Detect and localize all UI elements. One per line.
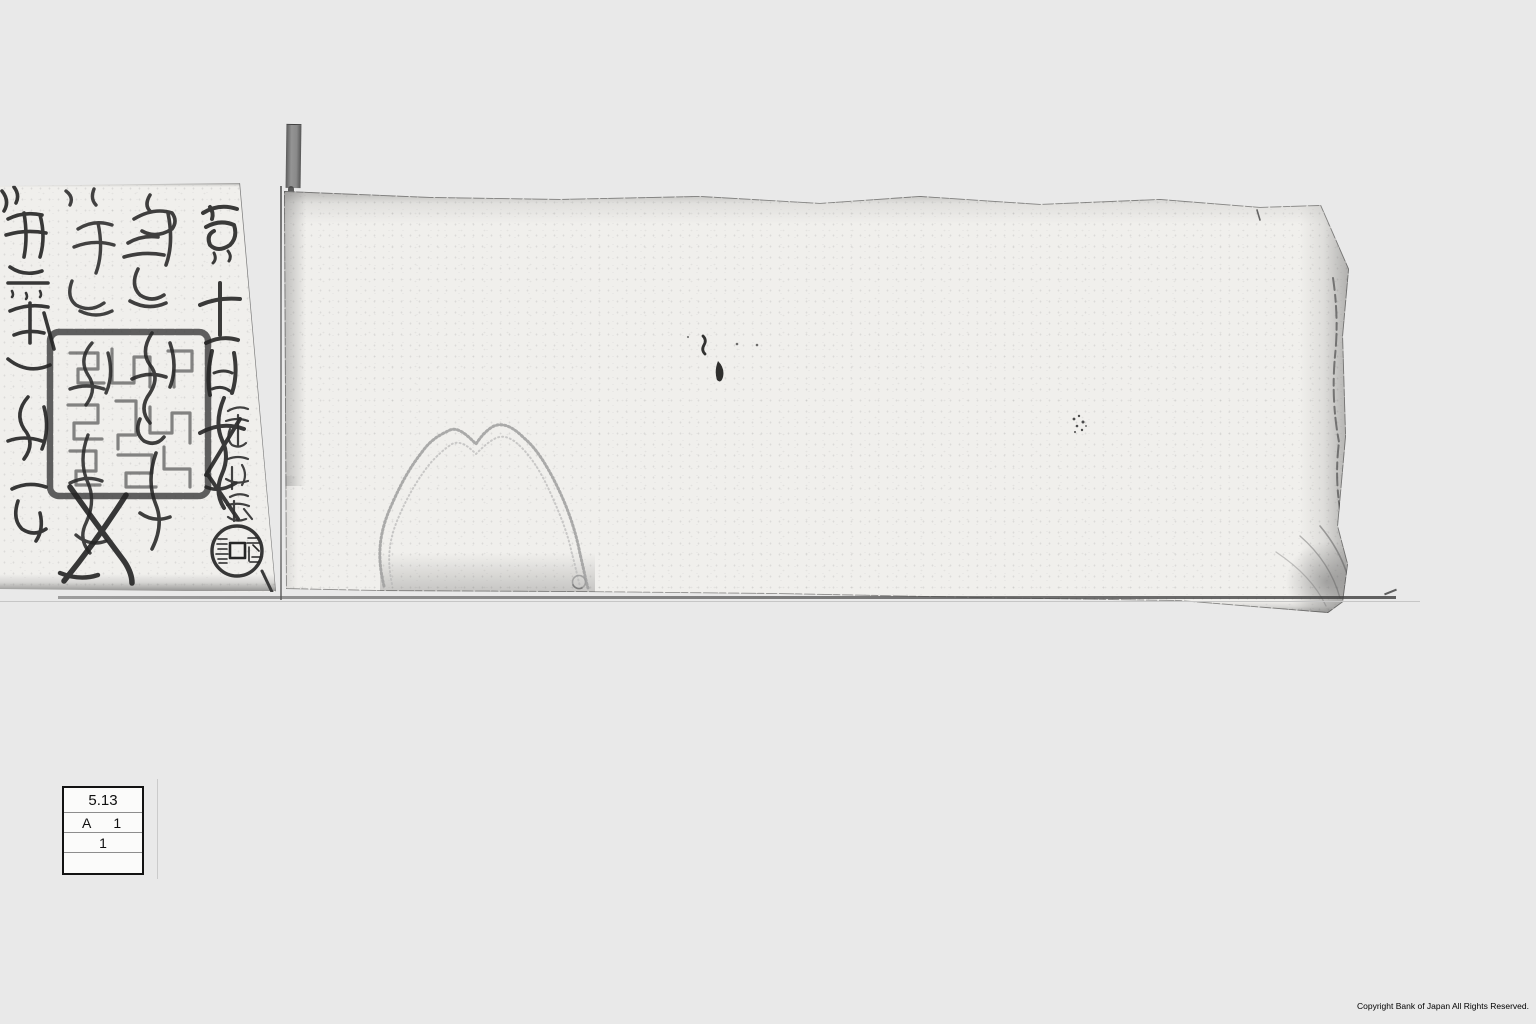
calligraphy-column-4: [2, 187, 132, 583]
calligraphy-layer: [0, 183, 281, 593]
binding-cord: [286, 124, 302, 188]
leaf-edge-dark-segment: [262, 571, 272, 592]
sheet-outline: [284, 191, 1349, 613]
reference-series: A: [82, 815, 91, 831]
reference-series-number: 1: [113, 815, 121, 831]
blank-scroll-sheet: [280, 186, 1352, 614]
reference-label-box: 5.13 A 1 1: [62, 786, 144, 875]
ink-marks: [687, 210, 1260, 381]
sheet-bottom-edge: [280, 601, 1352, 614]
leaf-edge-line: [240, 184, 276, 591]
reference-guide-line: [157, 779, 158, 879]
gutter-line: [280, 186, 282, 600]
reference-row-1: 5.13: [64, 788, 142, 813]
water-stain: [380, 425, 588, 588]
sheet-shadow-hook: [1384, 589, 1397, 596]
reference-row-2: A 1: [64, 813, 142, 833]
sheet-marks-layer: [280, 186, 1352, 614]
ink-smudge: [1073, 415, 1087, 433]
round-library-seal: [212, 526, 262, 576]
torn-edge-lines: [1276, 278, 1350, 606]
reference-number: 5.13: [88, 792, 117, 809]
square-seal: [50, 332, 208, 496]
reference-item-number: 1: [99, 835, 107, 851]
scanner-background: 5.13 A 1 1 Copyright Bank of Japan All R…: [0, 0, 1536, 1024]
sheet-shadow-faint-line: [0, 601, 1420, 602]
copyright-notice: Copyright Bank of Japan All Rights Reser…: [1357, 1001, 1529, 1011]
sheet-shadow-line: [58, 596, 1396, 599]
ring-stain: [573, 576, 586, 589]
reference-row-3: 1: [64, 833, 142, 853]
cover-leaf: [0, 183, 281, 593]
reference-row-4: [64, 853, 142, 873]
